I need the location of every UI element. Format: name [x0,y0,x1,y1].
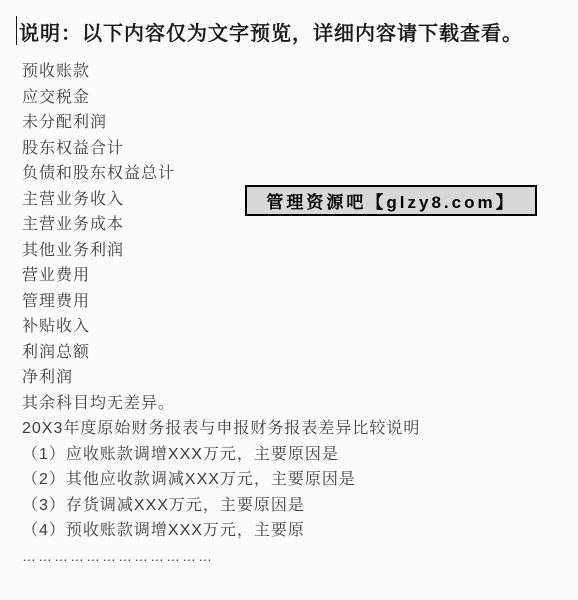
preview-line: （4）预收账款调增XXX万元，主要原 [22,518,420,544]
preview-line: 20X3年度原始财务报表与申报财务报表差异比较说明 [22,416,420,442]
preview-line: 营业费用 [22,263,420,289]
preview-line: 补贴收入 [22,314,420,340]
preview-line: 利润总额 [22,340,420,366]
preview-line: 其他业务利润 [22,238,420,264]
preview-line: 负债和股东权益总计 [22,161,420,187]
preview-notice: 说明：以下内容仅为文字预览，详细内容请下载查看。 [19,17,523,46]
preview-line: 股东权益合计 [22,136,420,162]
watermark-text: 管理资源吧【glzy8.com】 [266,188,515,213]
preview-line: 未分配利润 [22,110,420,136]
watermark-box[interactable]: 管理资源吧【glzy8.com】 [245,185,537,216]
preview-line: （2）其他应收款调减XXX万元，主要原因是 [22,467,420,493]
text-cursor [16,16,17,45]
preview-line: 净利润 [22,365,420,391]
document-preview-page: 说明：以下内容仅为文字预览，详细内容请下载查看。 预收账款应交税金未分配利润股东… [0,0,578,600]
preview-line: （1）应收账款调增XXX万元，主要原因是 [22,442,420,468]
preview-text-block: 预收账款应交税金未分配利润股东权益合计负债和股东权益总计主营业务收入主营业务成本… [22,59,420,569]
preview-line: 管理费用 [22,289,420,315]
preview-line: 预收账款 [22,59,420,85]
preview-line: 应交税金 [22,85,420,111]
preview-line: 其余科目均无差异。 [22,391,420,417]
dots-line: ……………………………… [22,544,420,570]
preview-line: （3）存货调减XXX万元，主要原因是 [22,493,420,519]
